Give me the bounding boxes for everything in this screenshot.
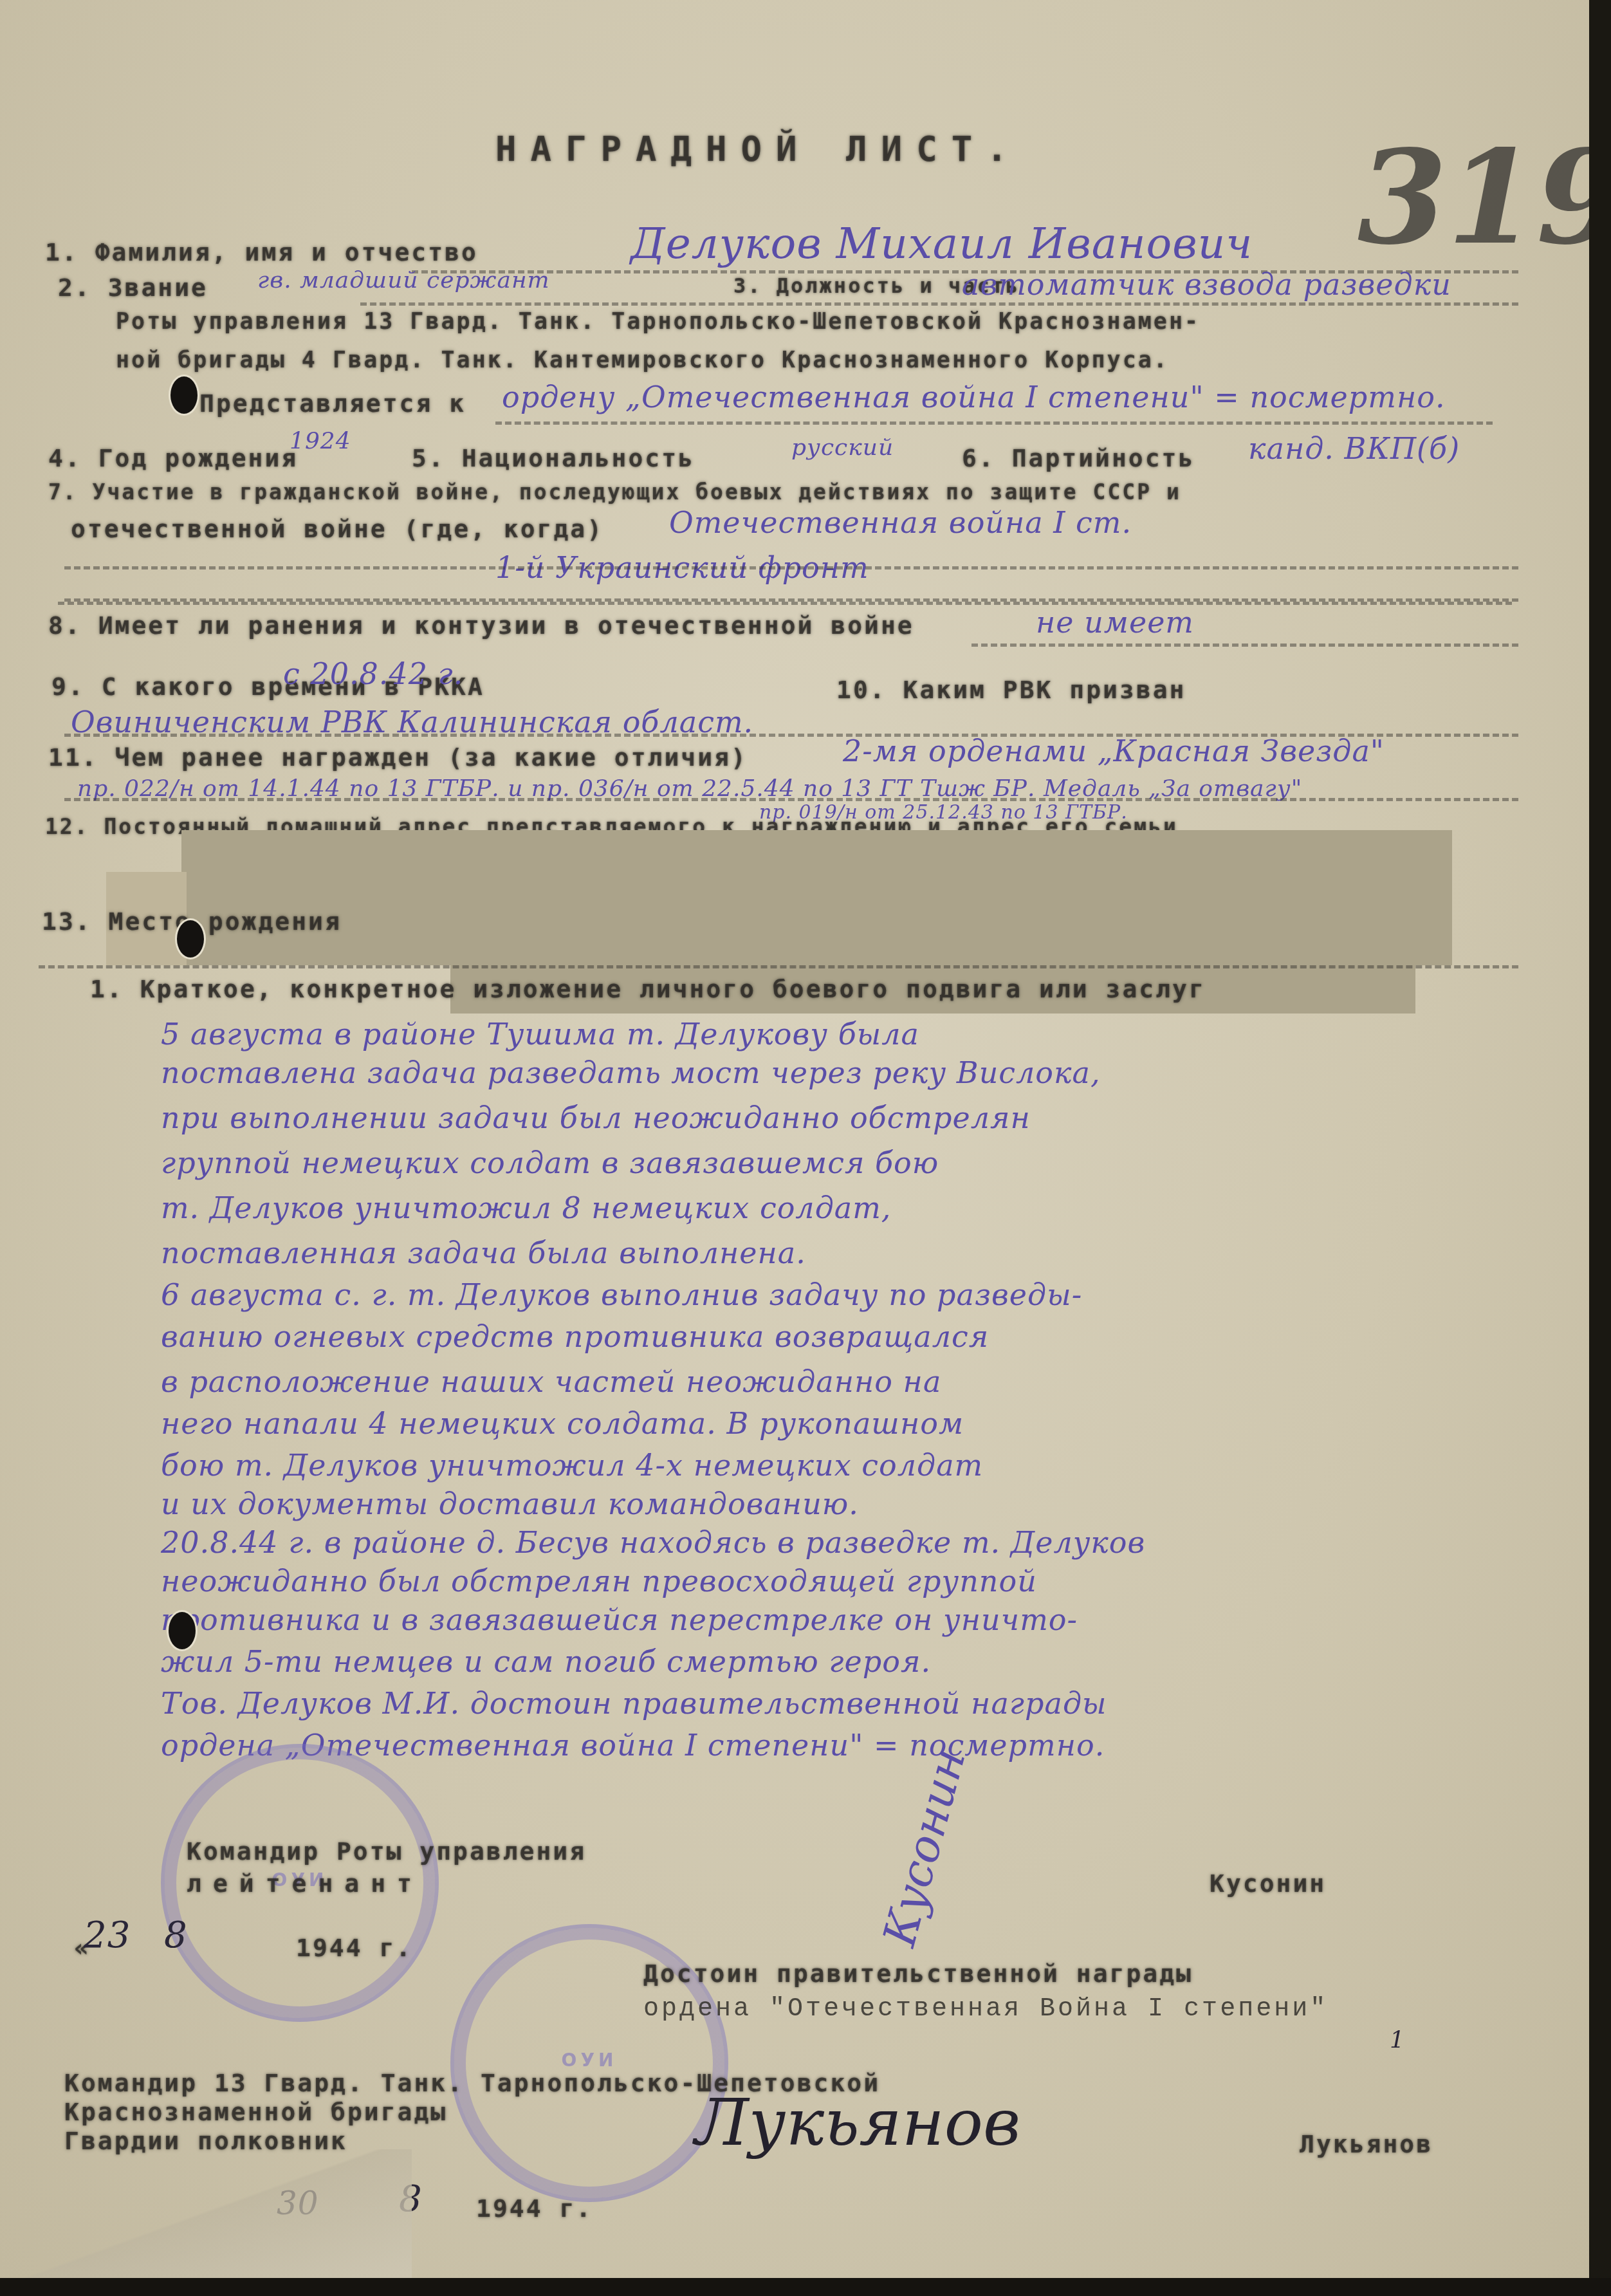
award-sheet-page: НАГРАДНОЙ ЛИСТ. 319 1. Фамилия, имя и от… bbox=[0, 0, 1589, 2278]
field-1-value: Делуков Михаил Иванович bbox=[631, 219, 1253, 268]
brigade-commander-title-2: Краснознаменной бригады bbox=[64, 2098, 447, 2126]
field-6-label: 6. Партийность bbox=[962, 444, 1195, 472]
narrative-line: жил 5-ти немцев и сам погиб смертью геро… bbox=[161, 1644, 931, 1679]
field-4-label: 4. Год рождения bbox=[48, 444, 298, 472]
field-7-value: Отечественная война I ст. bbox=[669, 505, 1132, 540]
field-8-rule bbox=[971, 643, 1518, 647]
punch-hole bbox=[169, 1612, 196, 1649]
narrative-line: поставленная задача была выполнена. bbox=[161, 1236, 806, 1270]
narrative-line: противника и в завязавшейся перестрелке … bbox=[161, 1602, 1078, 1637]
field-10-label: 10. Каким РВК призван bbox=[836, 676, 1186, 704]
company-commander-title: Командир Роты управления bbox=[187, 1837, 586, 1865]
narrative-line: группой немецких солдат в завязавшемся б… bbox=[161, 1145, 939, 1180]
narrative-line: неожиданно был обстрелян превосходящей г… bbox=[161, 1564, 1037, 1598]
conclusion-line-1: Достоин правительственной награды bbox=[643, 1959, 1193, 1988]
narrative-line: т. Делуков уничтожил 8 немецких солдат, bbox=[161, 1190, 891, 1225]
conclusion-line-2: ордена "Отечественная Война I степени" bbox=[643, 1995, 1328, 2024]
narrative-line: Тов. Делуков М.И. достоин правительствен… bbox=[161, 1686, 1107, 1721]
narrative-line: и их документы доставил командованию. bbox=[161, 1486, 859, 1521]
narrative-line: ванию огневых средств противника возвращ… bbox=[161, 1319, 989, 1354]
company-commander-rank: лейтенант bbox=[187, 1869, 423, 1898]
narrative-line: 20.8.44 г. в районе д. Бесув находясь в … bbox=[161, 1525, 1145, 1560]
field-1-label: 1. Фамилия, имя и отчество bbox=[45, 238, 478, 266]
archive-number: 319 bbox=[1358, 122, 1611, 273]
company-commander-signature: Кусонин bbox=[873, 1743, 976, 1952]
field-7-label-2: отечественной войне (где, когда) bbox=[71, 515, 603, 543]
field-2-label: 2. Звание bbox=[58, 273, 208, 302]
field-13-rule bbox=[39, 965, 1518, 968]
field-7-rule-1 bbox=[64, 566, 1518, 569]
nomination-rule bbox=[495, 421, 1493, 425]
field-9-value: с 20.8.42 г. bbox=[283, 656, 463, 691]
field-11-value: 2-мя орденами „Красная Звезда" bbox=[843, 734, 1385, 768]
field-8-label: 8. Имеет ли ранения и контузии в отечест… bbox=[48, 611, 914, 640]
narrative-line: поставлена задача разведать мост через р… bbox=[161, 1055, 1101, 1090]
field-2-value: гв. младший сержант bbox=[257, 267, 550, 293]
narrative-line: него напали 4 немецких солдата. В рукопа… bbox=[161, 1406, 964, 1441]
brigade-commander-signature: Лукьянов bbox=[695, 2085, 1020, 2160]
field-3-value: автоматчик взвода разведки bbox=[962, 267, 1451, 302]
field-5-value: русский bbox=[791, 434, 894, 461]
feat-section-label: 1. Краткое, конкретное изложение личного… bbox=[90, 975, 1206, 1003]
nomination-value: ордену „Отечественная война I степени" =… bbox=[502, 380, 1446, 414]
conclusion-mark: 1 bbox=[1390, 2027, 1405, 2053]
punch-hole bbox=[177, 920, 204, 958]
field-7-label: 7. Участие в гражданской войне, последую… bbox=[48, 479, 1181, 505]
punch-hole bbox=[170, 376, 198, 414]
paper-fold bbox=[0, 2149, 412, 2278]
narrative-line: бою т. Делуков уничтожил 4-х немецких со… bbox=[161, 1448, 983, 1483]
field-7-rule-3 bbox=[58, 602, 1512, 605]
narrative-line: 5 августа в районе Тушима т. Делукову бы… bbox=[161, 1017, 919, 1051]
brigade-commander-name: Лукьянов bbox=[1300, 2130, 1433, 2158]
field-6-value: канд. ВКП(б) bbox=[1248, 431, 1460, 466]
field-3-rule bbox=[360, 302, 1518, 306]
field-4-value: 1924 bbox=[290, 428, 351, 454]
field-8-value: не имеет bbox=[1036, 605, 1194, 640]
field-11-label: 11. Чем ранее награжден (за какие отличи… bbox=[48, 743, 748, 772]
narrative-line: 6 августа с. г. т. Делуков выполнив зада… bbox=[161, 1277, 1082, 1312]
unit-line-2: ной бригады 4 Гвард. Танк. Кантемировско… bbox=[116, 347, 1169, 373]
narrative-line: в расположение наших частей неожиданно н… bbox=[161, 1364, 941, 1399]
document-title: НАГРАДНОЙ ЛИСТ. bbox=[495, 129, 1022, 169]
field-5-label: 5. Национальность bbox=[412, 444, 695, 472]
nomination-label: Представляется к bbox=[199, 389, 466, 418]
unit-line-1: Роты управления 13 Гвард. Танк. Тарнопол… bbox=[116, 309, 1200, 335]
scan-border-bottom bbox=[0, 2278, 1611, 2296]
scan-border-right bbox=[1589, 0, 1611, 2296]
narrative-line: при выполнении задачи был неожиданно обс… bbox=[161, 1100, 1031, 1135]
field-11-rule bbox=[64, 798, 1518, 801]
company-commander-name: Кусонин bbox=[1210, 1869, 1326, 1898]
